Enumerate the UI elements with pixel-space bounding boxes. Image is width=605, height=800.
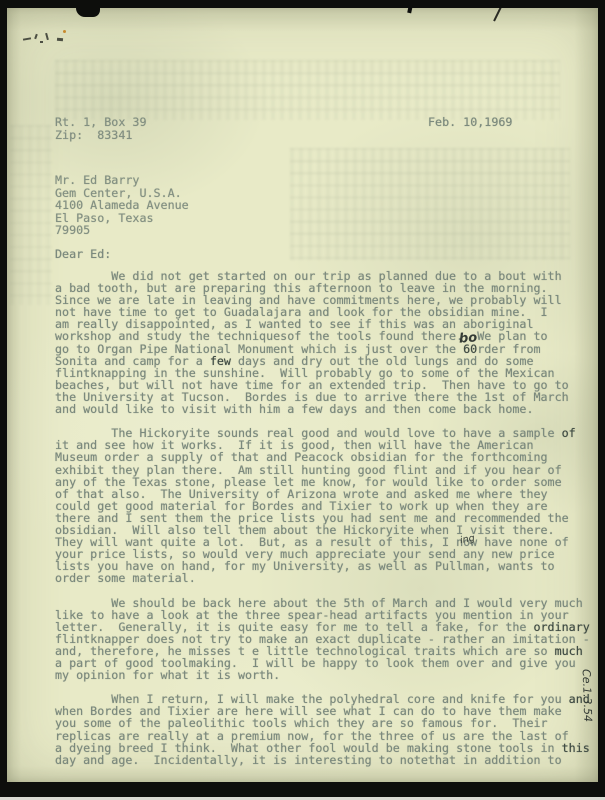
- orange-speck: [63, 30, 66, 33]
- salutation: Dear Ed:: [55, 248, 111, 260]
- handwritten-border-correction: bo: [458, 330, 477, 346]
- letter-body: We did not get started on our trip as pl…: [55, 270, 590, 766]
- pencil-mark: [57, 38, 63, 42]
- handwritten-margin-note: Ce.1.3.54: [579, 660, 594, 730]
- recipient-address: Mr. Ed Barry Gem Center, U.S.A. 4100 Ala…: [55, 174, 189, 237]
- frame-edge-left: [0, 0, 7, 800]
- frame-edge-right: [598, 0, 605, 800]
- frame-edge-bottom: [0, 782, 605, 797]
- return-address: Rt. 1, Box 39 Zip: 83341: [55, 116, 146, 141]
- pencil-mark: [40, 41, 43, 43]
- frame-notch: [76, 5, 100, 17]
- date: Feb. 10,1969: [428, 116, 512, 128]
- scanned-letter: Rt. 1, Box 39 Zip: 83341 Feb. 10,1969 Mr…: [0, 0, 605, 800]
